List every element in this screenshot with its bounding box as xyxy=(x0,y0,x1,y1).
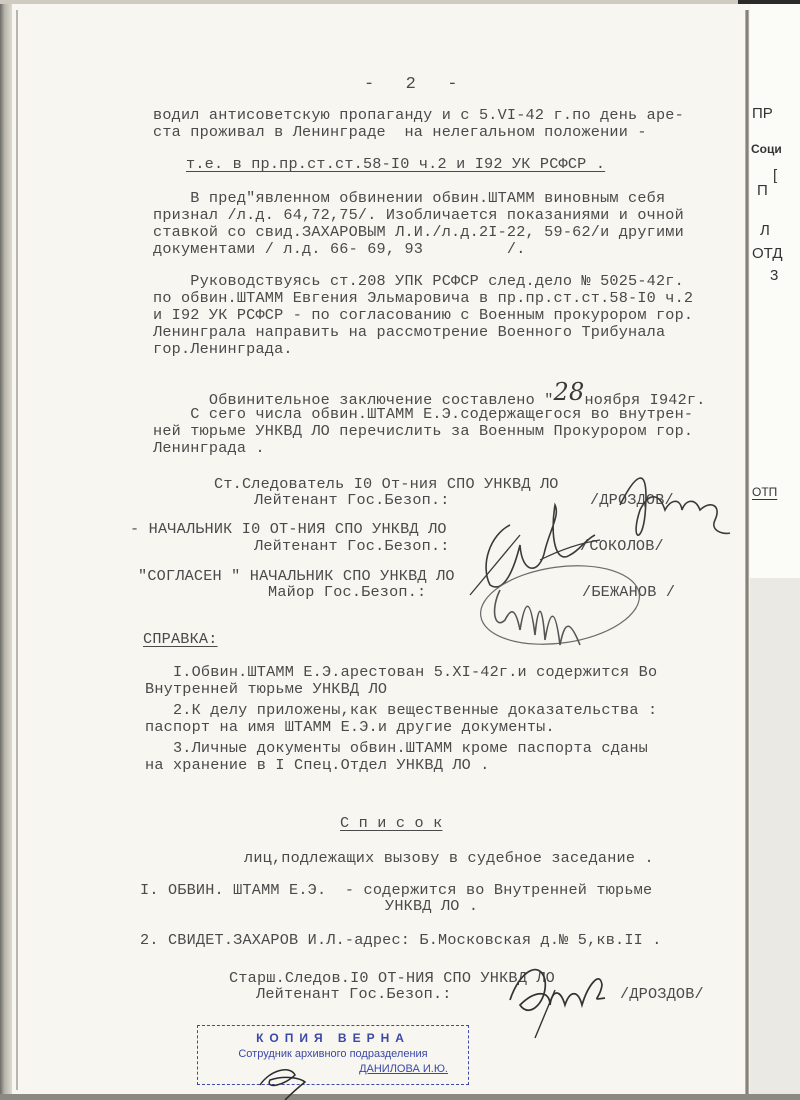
signatory-title: - НАЧАЛЬНИК I0 ОТ-НИЯ СПО УНКВД ЛО xyxy=(130,521,447,537)
spisok-heading: С п и с о к xyxy=(340,815,442,831)
fragment-text: ПР xyxy=(752,105,773,122)
fragment-text: ОТП xyxy=(752,485,777,499)
body-line: признал /л.д. 64,72,75/. Изобличается по… xyxy=(153,207,684,223)
spisok-subheading: лиц,подлежащих вызову в судебное заседан… xyxy=(244,850,654,866)
stamp-signature xyxy=(255,1060,335,1100)
body-line: Ленинграда . xyxy=(153,440,265,456)
body-line: ста проживал в Ленинграде на нелегальном… xyxy=(153,124,647,140)
charge-articles: т.е. в пр.пр.ст.ст.58-I0 ч.2 и I92 УК РС… xyxy=(186,156,605,172)
signatory-rank: Лейтенант Гос.Безоп.: xyxy=(254,538,450,554)
body-line: водил антисоветскую пропаганду и с 5.VI-… xyxy=(153,107,684,123)
underlying-page-shadow xyxy=(750,578,800,1098)
stamp-title: КОПИЯ ВЕРНА xyxy=(198,1031,468,1045)
spisok-entry: 2. СВИДЕТ.ЗАХАРОВ И.Л.-адрес: Б.Московск… xyxy=(140,932,662,948)
page-fold-line xyxy=(16,10,18,1090)
body-line: документами / л.д. 66- 69, 93 /. xyxy=(153,241,526,257)
spravka-line: Внутренней тюрьме УНКВД ЛО xyxy=(145,681,387,697)
body-line: Руководствуясь ст.208 УПК РСФСР след.дел… xyxy=(153,273,684,289)
spravka-line: на хранение в I Спец.Отдел УНКВД ЛО . xyxy=(145,757,490,773)
spisok-entry-cont: УНКВД ЛО . xyxy=(385,898,478,914)
final-signatory-rank: Лейтенант Гос.Безоп.: xyxy=(256,986,452,1002)
fragment-text: П xyxy=(757,182,768,199)
body-line: С сего числа обвин.ШТАММ Е.Э.содержащего… xyxy=(153,406,693,422)
fragment-text: [ xyxy=(773,167,777,184)
body-line: ней тюрьме УНКВД ЛО перечислить за Военн… xyxy=(153,423,693,439)
spisok-entry: I. ОБВИН. ШТАММ Е.Э. - содержится во Вну… xyxy=(140,882,652,898)
spravka-heading: СПРАВКА: xyxy=(143,631,218,647)
stamp-role: Сотрудник архивного подразделения xyxy=(198,1048,468,1060)
page-edge-line xyxy=(745,10,749,1095)
handwritten-signature-bezhanov xyxy=(480,560,680,675)
body-line: ставкой со свид.ЗАХАРОВЫМ Л.И./л.д.2I-22… xyxy=(153,224,684,240)
scan-top-right-edge xyxy=(738,0,800,4)
spravka-line: I.Обвин.ШТАММ Е.Э.арестован 5.XI-42г.и с… xyxy=(145,664,657,680)
body-line: и I92 УК РСФСР - по согласованию с Военн… xyxy=(153,307,693,323)
handwritten-day: 28 xyxy=(554,378,585,406)
spravka-line: 2.К делу приложены,как вещественные дока… xyxy=(145,702,657,718)
body-line: по обвин.ШТАММ Евгения Эльмаровича в пр.… xyxy=(153,290,693,306)
scan-left-edge xyxy=(0,0,12,1100)
body-line: В пред"явленном обвинении обвин.ШТАММ ви… xyxy=(153,190,665,206)
date-line: Обвинительное заключение составлено "28н… xyxy=(153,372,706,408)
signatory-rank: Майор Гос.Безоп.: xyxy=(268,584,426,600)
body-line: Ленинграла направить на рассмотрение Вое… xyxy=(153,324,665,340)
spravka-line: 3.Личные документы обвин.ШТАММ кроме пас… xyxy=(145,740,648,756)
handwritten-signature-final xyxy=(490,960,650,1045)
page-number: - 2 - xyxy=(364,77,458,93)
fragment-text: 3 xyxy=(770,267,778,284)
spravka-line: паспорт на имя ШТАММ Е.Э.и другие докуме… xyxy=(145,719,555,735)
scan-top-edge xyxy=(0,0,740,4)
scan-bottom-edge xyxy=(0,1094,800,1100)
signatory-title: "СОГЛАСЕН " НАЧАЛЬНИК СПО УНКВД ЛО xyxy=(138,568,455,584)
signatory-rank: Лейтенант Гос.Безоп.: xyxy=(254,492,450,508)
fragment-text: Л xyxy=(760,222,770,239)
fragment-text: ОТД xyxy=(752,245,783,262)
body-line: гор.Ленинграда. xyxy=(153,341,293,357)
fragment-text: Соци xyxy=(751,142,782,156)
